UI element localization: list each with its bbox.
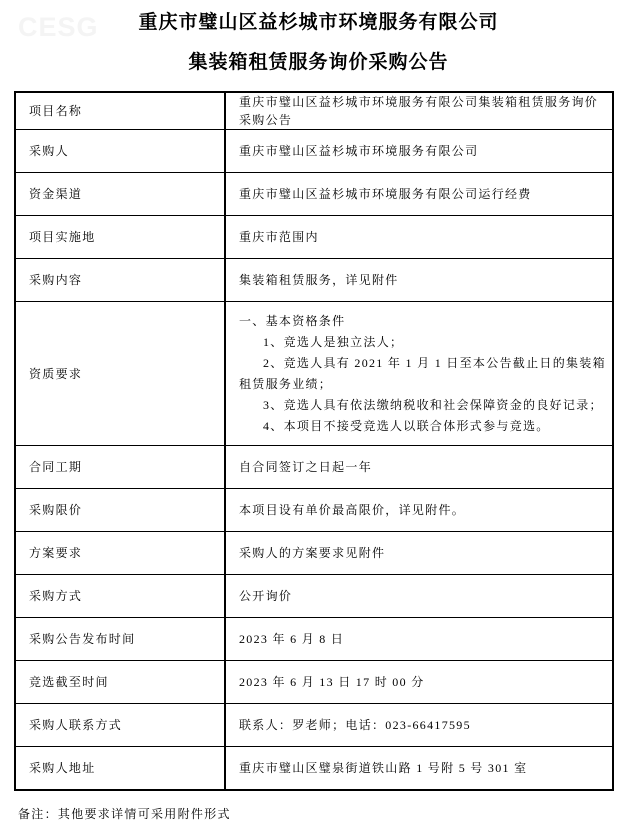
watermark-logo: CESG [18,12,99,43]
row-value: 联系人：罗老师；电话：023-66417595 [225,704,613,747]
row-label: 项目名称 [15,92,225,130]
table-row-contact-info: 采购人联系方式 联系人：罗老师；电话：023-66417595 [15,704,613,747]
row-value: 本项目设有单价最高限价，详见附件。 [225,489,613,532]
row-label: 采购方式 [15,575,225,618]
qualification-line: 1、竞选人是独立法人； [239,332,611,353]
row-value: 2023 年 6 月 13 日 17 时 00 分 [225,661,613,704]
qualification-line: 一、基本资格条件 [239,311,611,332]
row-value: 重庆市范围内 [225,216,613,259]
row-label: 采购限价 [15,489,225,532]
document-subtitle: 集装箱租赁服务询价采购公告 [0,51,637,75]
table-row-announcement-date: 采购公告发布时间 2023 年 6 月 8 日 [15,618,613,661]
document-page: CESG 重庆市璧山区益杉城市环境服务有限公司 集装箱租赁服务询价采购公告 项目… [0,0,637,821]
row-label: 采购人 [15,130,225,173]
row-label: 资质要求 [15,302,225,446]
row-value: 一、基本资格条件 1、竞选人是独立法人； 2、竞选人具有 2021 年 1 月 … [225,302,613,446]
row-value: 重庆市璧山区璧泉街道铁山路 1 号附 5 号 301 室 [225,747,613,791]
table-row-project-location: 项目实施地 重庆市范围内 [15,216,613,259]
row-label: 采购人联系方式 [15,704,225,747]
announcement-table: 项目名称 重庆市璧山区益杉城市环境服务有限公司集装箱租赁服务询价采购公告 采购人… [14,91,614,791]
qualification-line: 4、本项目不接受竞选人以联合体形式参与竞选。 [239,416,611,437]
qualification-line: 2、竞选人具有 2021 年 1 月 1 日至本公告截止日的集装箱租赁服务业绩； [239,353,611,395]
row-label: 竞选截至时间 [15,661,225,704]
row-value: 2023 年 6 月 8 日 [225,618,613,661]
row-value: 自合同签订之日起一年 [225,446,613,489]
row-label: 采购人地址 [15,747,225,791]
row-label: 采购内容 [15,259,225,302]
row-value: 重庆市璧山区益杉城市环境服务有限公司 [225,130,613,173]
row-value: 采购人的方案要求见附件 [225,532,613,575]
table-row-procurement-method: 采购方式 公开询价 [15,575,613,618]
table-row-procurement-content: 采购内容 集装箱租赁服务，详见附件 [15,259,613,302]
table-row-plan-requirements: 方案要求 采购人的方案要求见附件 [15,532,613,575]
table-row-bid-deadline: 竞选截至时间 2023 年 6 月 13 日 17 时 00 分 [15,661,613,704]
row-value: 公开询价 [225,575,613,618]
row-label: 采购公告发布时间 [15,618,225,661]
table-row-funding-channel: 资金渠道 重庆市璧山区益杉城市环境服务有限公司运行经费 [15,173,613,216]
table-row-qualification-requirements: 资质要求 一、基本资格条件 1、竞选人是独立法人； 2、竞选人具有 2021 年… [15,302,613,446]
table-row-purchaser-address: 采购人地址 重庆市璧山区璧泉街道铁山路 1 号附 5 号 301 室 [15,747,613,791]
row-value: 集装箱租赁服务，详见附件 [225,259,613,302]
table-row-project-name: 项目名称 重庆市璧山区益杉城市环境服务有限公司集装箱租赁服务询价采购公告 [15,92,613,130]
row-label: 项目实施地 [15,216,225,259]
table-row-purchaser: 采购人 重庆市璧山区益杉城市环境服务有限公司 [15,130,613,173]
row-value: 重庆市璧山区益杉城市环境服务有限公司运行经费 [225,173,613,216]
qualification-line: 3、竞选人具有依法缴纳税收和社会保障资金的良好记录； [239,395,611,416]
footer-note: 备注：其他要求详情可采用附件形式 [18,805,637,821]
table-row-price-limit: 采购限价 本项目设有单价最高限价，详见附件。 [15,489,613,532]
row-label: 资金渠道 [15,173,225,216]
row-label: 方案要求 [15,532,225,575]
table-row-contract-duration: 合同工期 自合同签订之日起一年 [15,446,613,489]
row-label: 合同工期 [15,446,225,489]
row-value: 重庆市璧山区益杉城市环境服务有限公司集装箱租赁服务询价采购公告 [225,92,613,130]
